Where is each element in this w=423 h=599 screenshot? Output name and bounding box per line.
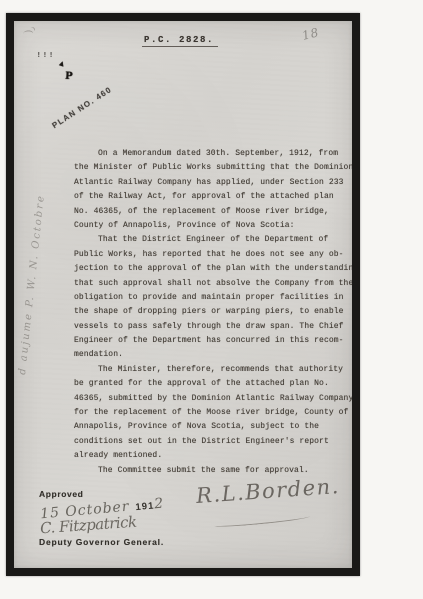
body-line: conditions set out in the District Engin… — [74, 435, 352, 449]
approved-label: Approved — [39, 489, 83, 499]
printed-year: 191 — [129, 500, 155, 513]
body-line: On a Memorandum dated 30th. September, 1… — [74, 147, 352, 161]
body-line: 46365, submitted by the Dominion Atlanti… — [74, 392, 352, 406]
body-line: for the replacement of the Moose river b… — [74, 406, 352, 420]
body-line: already mentioned. — [74, 449, 352, 463]
privy-council-reference: P.C. 2828. — [142, 35, 218, 47]
body-line: that such approval shall not absolve the… — [74, 277, 352, 291]
prime-minister-signature: R.L.Borden. — [195, 474, 340, 508]
scan-border-frame: P.C. 2828. 18 !!! ▲ P PLAN NO. 460 d auj… — [6, 13, 360, 576]
scanned-document-screenshot: { "document": { "reference_number": "P.C… — [0, 0, 423, 599]
scribble-stroke — [28, 26, 36, 33]
body-line: County of Annapolis, Province of Nova Sc… — [74, 219, 352, 233]
body-line: mendation. — [74, 348, 352, 362]
body-line: the Minister of Public Works submitting … — [74, 161, 352, 175]
deputy-governor-title: Deputy Governor General. — [39, 537, 164, 547]
body-line: The Minister, therefore, recommends that… — [74, 363, 352, 377]
ink-mark-arrowhead: ▲ — [57, 58, 67, 69]
body-line: vessels to pass safely through the draw … — [74, 320, 352, 334]
body-line: of the Railway Act, for approval of the … — [74, 190, 352, 204]
pencil-scribble-mark — [21, 26, 38, 41]
body-line: be granted for the approval of the attac… — [74, 377, 352, 391]
body-line: Public Works, has reported that he does … — [74, 248, 352, 262]
body-line: No. 46365, of the replacement of Moose r… — [74, 205, 352, 219]
memorandum-body: On a Memorandum dated 30th. September, 1… — [74, 147, 352, 478]
ink-mark-blot: P — [65, 71, 73, 82]
body-line: the shape of dropping piers or warping p… — [74, 305, 352, 319]
body-line: Atlantic Railway Company has applied, un… — [74, 176, 352, 190]
body-line: jection to the approval of the plan with… — [74, 262, 352, 276]
margin-handwritten-annotation: d aujume P. W. N. Octobre — [14, 169, 49, 401]
body-line: That the District Engineer of the Depart… — [74, 233, 352, 247]
document-page: P.C. 2828. 18 !!! ▲ P PLAN NO. 460 d auj… — [14, 21, 352, 568]
pencil-page-note: 18 — [301, 25, 321, 43]
handwritten-year-digit: 2 — [154, 496, 165, 513]
body-line: obligation to provide and maintain prope… — [74, 291, 352, 305]
body-line: Engineer of the Department has concurred… — [74, 334, 352, 348]
plan-number-stamp: PLAN NO. 460 — [38, 76, 127, 138]
body-line: Annapolis, Province of Nova Scotia, subj… — [74, 420, 352, 434]
ink-mark-triple: !!! — [37, 51, 55, 59]
signature-underline — [214, 514, 310, 528]
